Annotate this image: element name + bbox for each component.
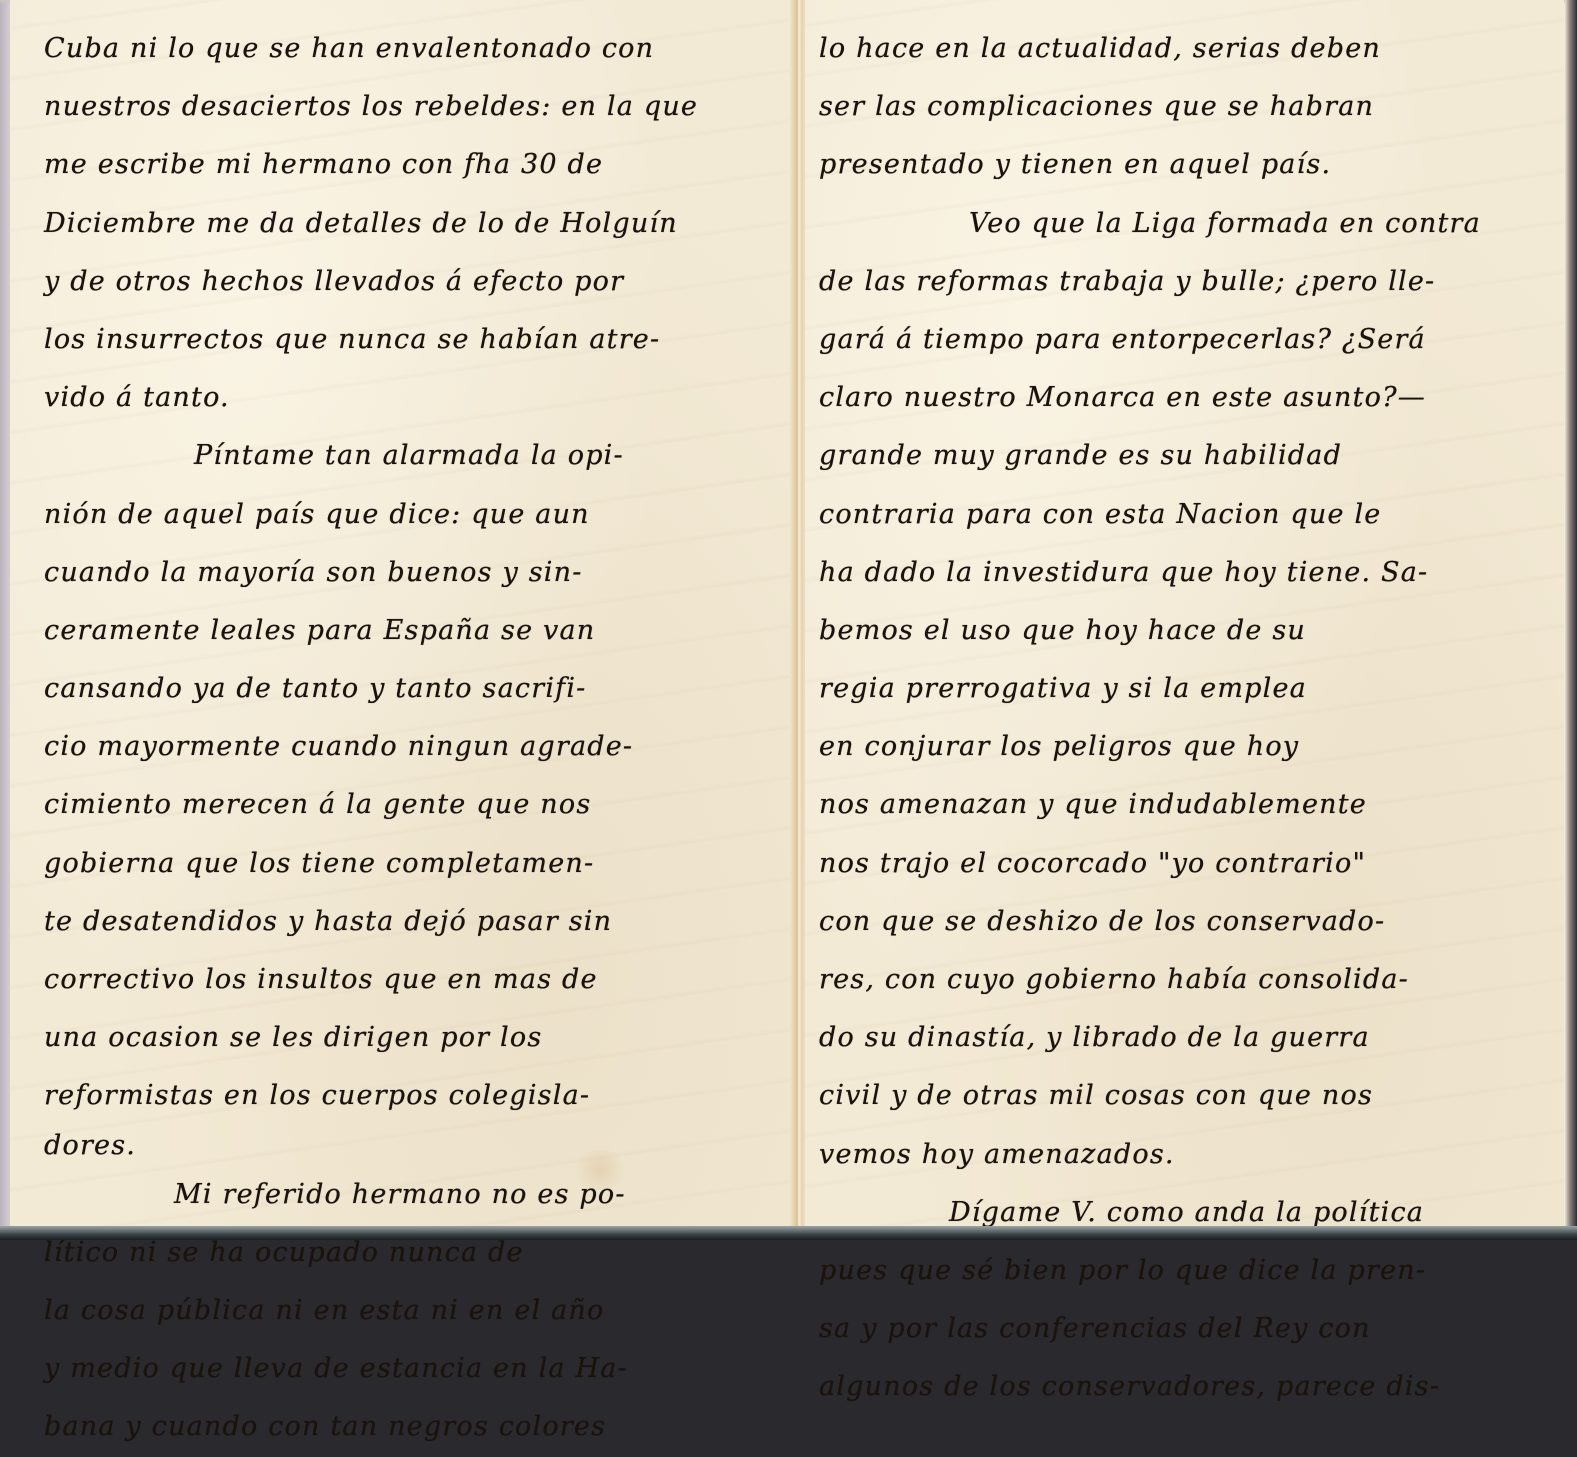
text-line: te desatendidos y hasta dejó pasar sin: [44, 893, 768, 951]
text-line: presentado y tienen en aquel país.: [819, 136, 1546, 194]
bottom-scan-edge: [0, 1226, 1577, 1240]
text-line: con que se deshizo de los conservado-: [819, 893, 1546, 951]
text-line: Diciembre me da detalles de lo de Holguí…: [44, 195, 768, 253]
text-line: cuando la mayoría son buenos y sin-: [44, 544, 768, 602]
text-line: claro nuestro Monarca en este asunto?—: [819, 369, 1546, 427]
paragraph-start-line: Píntame tan alarmada la opi-: [44, 427, 768, 485]
text-line: ser las complicaciones que se habran: [819, 78, 1546, 136]
letter-spread: Cuba ni lo que se han envalentonado con …: [0, 0, 1577, 1240]
text-line: me escribe mi hermano con fha 30 de: [44, 136, 768, 194]
left-page-text: Cuba ni lo que se han envalentonado con …: [10, 20, 792, 1240]
text-line: nuestros desaciertos los rebeldes: en la…: [44, 78, 768, 136]
text-line: cansando ya de tanto y tanto sacrifi-: [44, 660, 768, 718]
text-line: en conjurar los peligros que hoy: [819, 718, 1546, 776]
text-line: contraria para con esta Nacion que le: [819, 486, 1546, 544]
text-line: gobierna que los tiene completamen-: [44, 835, 768, 893]
text-line: ha dado la investidura que hoy tiene. Sa…: [819, 544, 1546, 602]
text-line: correctivo los insultos que en mas de: [44, 951, 768, 1009]
text-line: nión de aquel país que dice: que aun: [44, 486, 768, 544]
text-line: vido á tanto.: [44, 369, 768, 427]
right-page: lo hace en la actualidad, serias deben s…: [804, 0, 1564, 1228]
left-page: Cuba ni lo que se han envalentonado con …: [10, 0, 793, 1228]
right-page-text: lo hace en la actualidad, serias deben s…: [805, 20, 1564, 1240]
text-line: dores.: [44, 1126, 768, 1166]
text-line: de las reformas trabaja y bulle; ¿pero l…: [819, 253, 1546, 311]
text-line: vemos hoy amenazados.: [819, 1126, 1546, 1184]
right-paper-edge: [1565, 0, 1577, 1240]
paragraph-start-line: Mi referido hermano no es po-: [44, 1166, 768, 1224]
text-line: bemos el uso que hoy hace de su: [819, 602, 1546, 660]
text-line: cimiento merecen á la gente que nos: [44, 776, 768, 834]
paragraph-start-line: Veo que la Liga formada en contra: [819, 195, 1546, 253]
text-line: cio mayormente cuando ningun agrade-: [44, 718, 768, 776]
text-line: reformistas en los cuerpos colegisla-: [44, 1067, 768, 1125]
text-line: los insurrectos que nunca se habían atre…: [44, 311, 768, 369]
text-line: grande muy grande es su habilidad: [819, 427, 1546, 485]
text-line: lo hace en la actualidad, serias deben: [819, 20, 1546, 78]
text-line: ceramente leales para España se van: [44, 602, 768, 660]
text-line: nos trajo el cocorcado "yo contrario": [819, 835, 1546, 893]
text-line: y de otros hechos llevados á efecto por: [44, 253, 768, 311]
text-line: una ocasion se les dirigen por los: [44, 1009, 768, 1067]
text-line: gará á tiempo para entorpecerlas? ¿Será: [819, 311, 1546, 369]
text-line: do su dinastía, y librado de la guerra: [819, 1009, 1546, 1067]
text-line: Cuba ni lo que se han envalentonado con: [44, 20, 768, 78]
text-line: civil y de otras mil cosas con que nos: [819, 1067, 1546, 1125]
text-line: nos amenazan y que indudablemente: [819, 776, 1546, 834]
text-line: regia prerrogativa y si la emplea: [819, 660, 1546, 718]
text-line: res, con cuyo gobierno había consolida-: [819, 951, 1546, 1009]
